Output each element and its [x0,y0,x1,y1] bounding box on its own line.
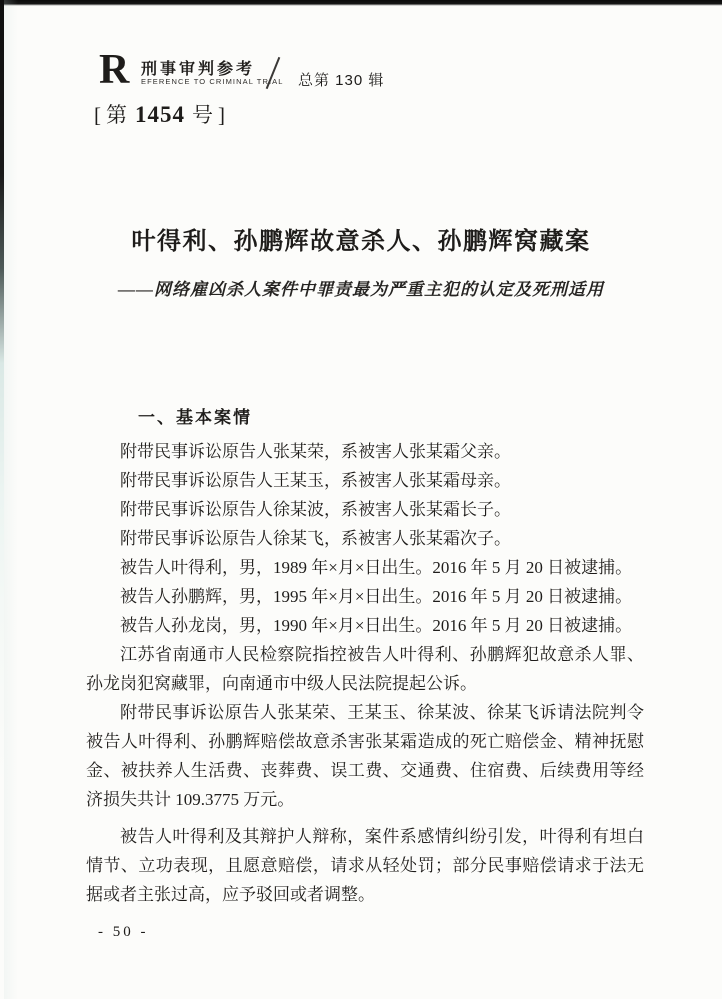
paragraph: 被告人叶得利及其辩护人辩称，案件系感情纠纷引发，叶得利有坦白情节、立功表现，且愿… [86,822,644,909]
masthead-logo-initial: R [99,52,129,88]
paragraph: 被告人叶得利，男，1989 年×月×日出生。2016 年 5 月 20 日被逮捕… [86,553,644,582]
article-paragraphs: 附带民事诉讼原告人张某荣，系被害人张某霜父亲。附带民事诉讼原告人王某玉，系被害人… [86,437,644,909]
paragraph: 被告人孙鹏辉，男，1995 年×月×日出生。2016 年 5 月 20 日被逮捕… [86,582,644,611]
masthead-volume-label: 总第 130 辑 [298,69,384,90]
masthead-title-chinese: 刑事审判参考 [141,56,255,79]
case-number-suffix: 号] [192,100,230,130]
scan-left-shadow [4,0,18,999]
masthead-title-english: EFERENCE TO CRIMINAL TRIAL [141,77,284,86]
case-number: [第 1454 号] [94,100,230,130]
paragraph: 附带民事诉讼原告人徐某波，系被害人张某霜长子。 [86,495,644,524]
case-number-value: 1454 [135,100,185,130]
paragraph: 江苏省南通市人民检察院指控被告人叶得利、孙鹏辉犯故意杀人罪、孙龙岗犯窝藏罪，向南… [86,640,644,698]
paragraph: 附带民事诉讼原告人张某荣、王某玉、徐某波、徐某飞诉请法院判令被告人叶得利、孙鹏辉… [86,698,644,814]
paragraph: 附带民事诉讼原告人张某荣，系被害人张某霜父亲。 [86,437,644,466]
masthead: R 刑事审判参考 EFERENCE TO CRIMINAL TRIAL 总第 1… [99,52,419,96]
paragraph: 附带民事诉讼原告人徐某飞，系被害人张某霜次子。 [86,524,644,553]
article-subtitle: ——网络雇凶杀人案件中罪责最为严重主犯的认定及死刑适用 [0,275,722,300]
section-heading: 一、基本案情 [138,403,252,428]
case-number-prefix: [第 [94,100,132,130]
paragraph: 被告人孙龙岗，男，1990 年×月×日出生。2016 年 5 月 20 日被逮捕… [86,611,644,640]
page-number: - 50 - [98,924,149,941]
scan-top-edge-artifact [0,0,722,6]
paragraph: 附带民事诉讼原告人王某玉，系被害人张某霜母亲。 [86,466,644,495]
scanned-document-page: R 刑事审判参考 EFERENCE TO CRIMINAL TRIAL 总第 1… [0,0,722,999]
article-title: 叶得利、孙鹏辉故意杀人、孙鹏辉窝藏案 [0,221,722,256]
